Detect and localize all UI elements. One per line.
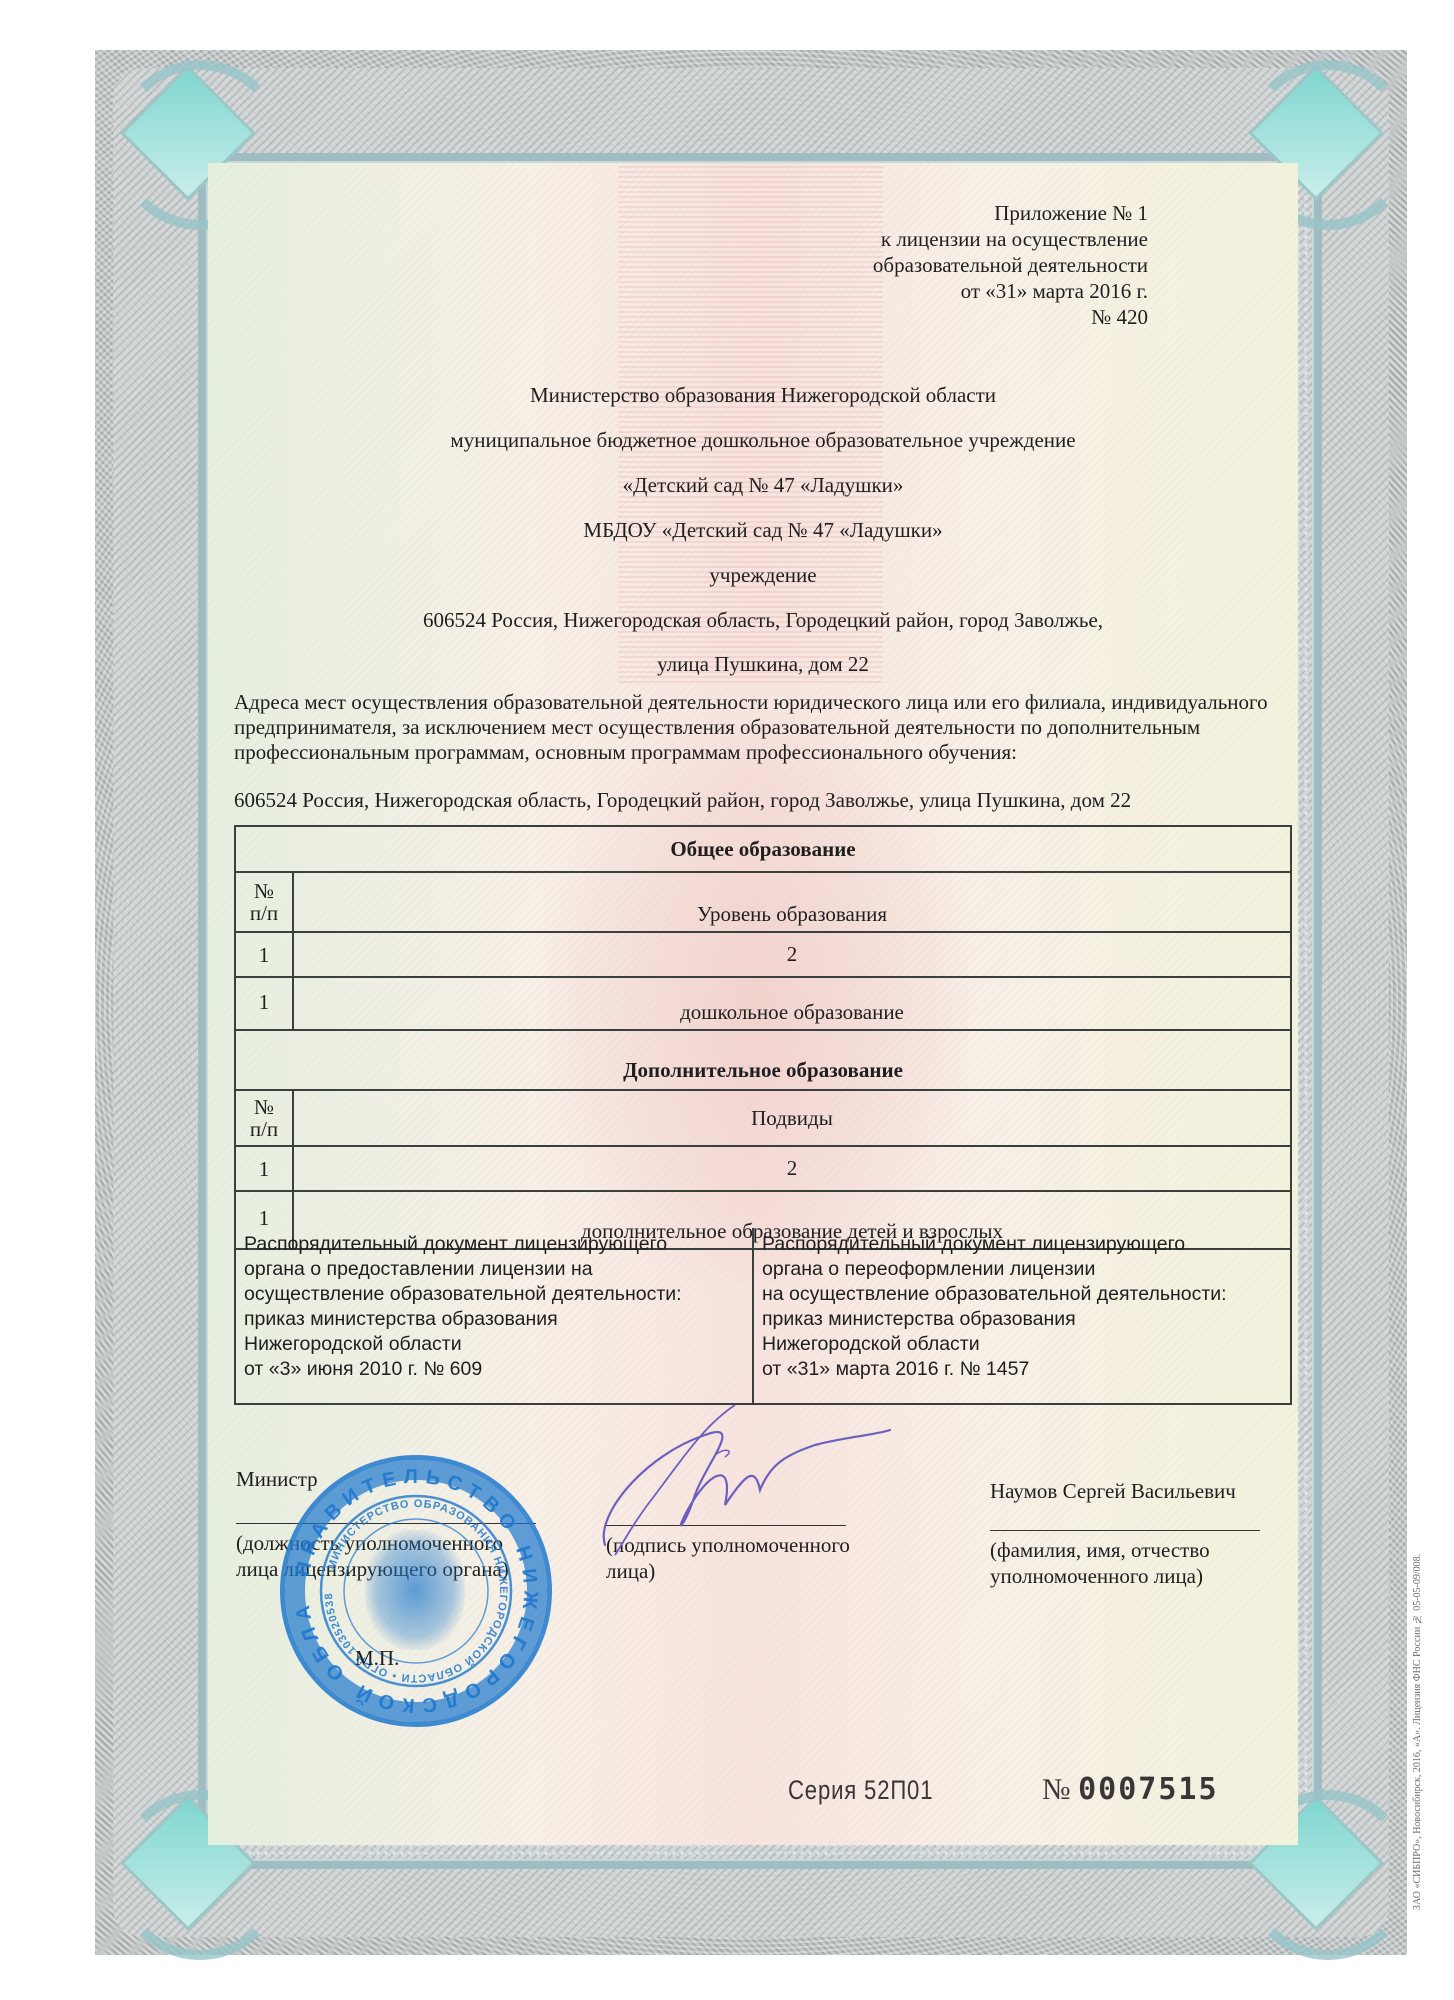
header-num: №п/п — [235, 872, 293, 932]
header-level: Уровень образования — [293, 872, 1291, 932]
table-header: №п/п Уровень образования — [235, 872, 1291, 932]
row-value: 2 — [293, 932, 1291, 977]
seal-mark: М.П. — [355, 1645, 399, 1671]
row-value: 2 — [293, 1146, 1291, 1191]
row-value: дошкольное образование — [293, 977, 1291, 1030]
administrative-documents: Распорядительный документ лицензирующего… — [234, 1228, 1292, 1405]
appendix-title: Приложение № 1 — [873, 200, 1148, 226]
row-num: 1 — [235, 977, 293, 1030]
security-band — [618, 163, 883, 683]
section-title: Дополнительное образование — [235, 1030, 1291, 1090]
row-num: 1 — [235, 932, 293, 977]
section-title: Общее образование — [235, 826, 1291, 872]
education-table: Общее образование №п/п Уровень образован… — [234, 825, 1292, 1250]
form-number: № 0007515 — [1042, 1772, 1219, 1807]
grant-order-date: от «3» июня 2010 г. № 609 — [244, 1357, 744, 1382]
name-caption-2: уполномоченного лица) — [990, 1563, 1203, 1589]
addresses-intro: Адреса мест осуществления образовательно… — [234, 690, 1294, 765]
official-seal-stamp: ПРАВИТЕЛЬСТВО НИЖЕГОРОДСКОЙ ОБЛАСТИ МИНИ… — [280, 1455, 552, 1727]
table-row: 1 2 — [235, 932, 1291, 977]
org-address-1: 606524 Россия, Нижегородская область, Го… — [234, 608, 1292, 633]
printer-imprint: ЗАО «СИБПРО», Новосибирск, 2016, «А». Ли… — [1412, 1430, 1432, 1910]
header-subtypes: Подвиды — [293, 1090, 1291, 1146]
form-series: Серия 52П01 — [788, 1775, 933, 1806]
number-value: 0007515 — [1078, 1772, 1218, 1807]
seal-ring-text: ПРАВИТЕЛЬСТВО НИЖЕГОРОДСКОЙ ОБЛАСТИ МИНИ… — [285, 1460, 547, 1722]
name-caption-1: (фамилия, имя, отчество — [990, 1537, 1210, 1563]
appendix-header: Приложение № 1 к лицензии на осуществлен… — [873, 200, 1148, 330]
appendix-line-3: образовательной деятельности — [873, 252, 1148, 278]
appendix-number: № 420 — [873, 304, 1148, 330]
org-address-2: улица Пушкина, дом 22 — [234, 652, 1292, 677]
row-num: 1 — [235, 1146, 293, 1191]
org-short-name: МБДОУ «Детский сад № 47 «Ладушки» — [234, 518, 1292, 543]
reissue-document: Распорядительный документ лицензирующего… — [754, 1228, 1290, 1403]
handwritten-signature — [585, 1395, 895, 1565]
appendix-date: от «31» марта 2016 г. — [873, 278, 1148, 304]
section-additional: Дополнительное образование — [235, 1030, 1291, 1090]
series-value: 52П01 — [864, 1775, 933, 1805]
grant-document: Распорядительный документ лицензирующего… — [236, 1228, 754, 1403]
appendix-line-2: к лицензии на осуществление — [873, 226, 1148, 252]
table-header: №п/п Подвиды — [235, 1090, 1291, 1146]
signer-name: Наумов Сергей Васильевич — [990, 1478, 1236, 1504]
name-rule — [990, 1530, 1260, 1531]
header-num: №п/п — [235, 1090, 293, 1146]
table-row: 1 2 — [235, 1146, 1291, 1191]
reissue-order-date: от «31» марта 2016 г. № 1457 — [762, 1357, 1282, 1382]
table-row: 1 дошкольное образование — [235, 977, 1291, 1030]
org-type: учреждение — [234, 563, 1292, 588]
activity-address: 606524 Россия, Нижегородская область, Го… — [234, 788, 1131, 813]
authority-name: Министерство образования Нижегородской о… — [234, 383, 1292, 408]
org-full-name-1: муниципальное бюджетное дошкольное образ… — [234, 428, 1292, 453]
section-general: Общее образование — [235, 826, 1291, 872]
org-full-name-2: «Детский сад № 47 «Ладушки» — [234, 473, 1292, 498]
